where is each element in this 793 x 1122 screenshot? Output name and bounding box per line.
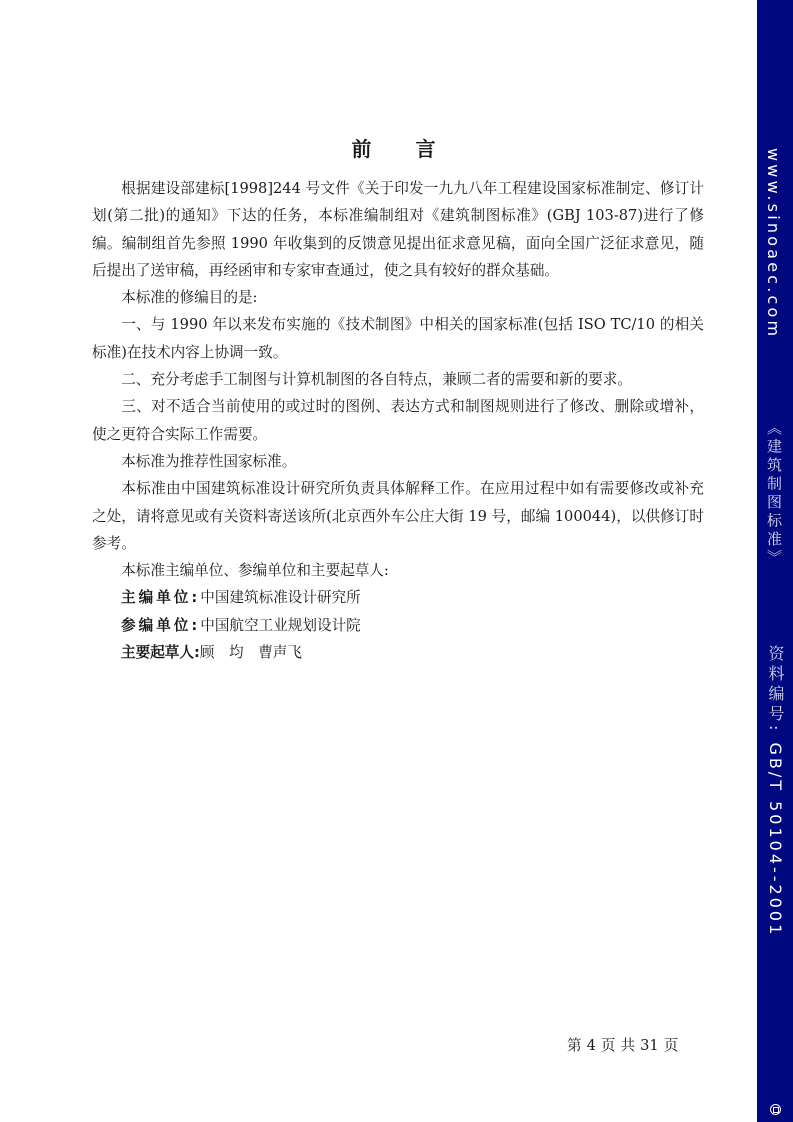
- paragraph: 三、对不适合当前使用的或过时的图例、表达方式和制图规则进行了修改、删除或增补，使…: [92, 393, 704, 448]
- page-number: 第4页共31页: [567, 1034, 683, 1055]
- unit-value: 顾 均 曹声飞: [200, 644, 302, 661]
- footer-text: 页: [664, 1037, 679, 1054]
- footer-text: 共: [621, 1037, 636, 1054]
- paragraph: 本标准主编单位、参编单位和主要起草人:: [92, 557, 704, 584]
- document-page: 前言 根据建设部建标[1998]244 号文件《关于印发一九九八年工程建设国家标…: [0, 0, 757, 1122]
- paragraph: 本标准为推荐性国家标准。: [92, 448, 704, 475]
- main-drafters: 主要起草人:顾 均 曹声飞: [92, 639, 704, 666]
- doc-number-label: 资料编号:: [766, 645, 785, 734]
- total-pages: 31: [640, 1037, 659, 1054]
- unit-label: 主编单位:: [121, 589, 200, 606]
- unit-value: 中国航空工业规划设计院: [200, 617, 361, 634]
- footer-text: 页: [601, 1037, 616, 1054]
- title-char: 前: [352, 137, 372, 161]
- paragraph: 二、充分考虑手工制图与计算机制图的各自特点，兼顾二者的需要和新的要求。: [92, 366, 704, 393]
- paragraph: 本标准的修编目的是:: [92, 284, 704, 311]
- unit-value: 中国建筑标准设计研究所: [200, 589, 361, 606]
- participating-unit: 参编单位:中国航空工业规划设计院: [92, 612, 704, 639]
- paragraph: 根据建设部建标[1998]244 号文件《关于印发一九九八年工程建设国家标准制定…: [92, 175, 704, 284]
- registered-logo-icon: [770, 1104, 781, 1115]
- side-banner: www.sinoaec.com 《建筑制图标准》 资料编号: GB/T 5010…: [757, 0, 793, 1122]
- preface-body: 根据建设部建标[1998]244 号文件《关于印发一九九八年工程建设国家标准制定…: [92, 175, 704, 666]
- chief-editor-unit: 主编单位:中国建筑标准设计研究所: [92, 584, 704, 611]
- paragraph: 一、与 1990 年以来发布实施的《技术制图》中相关的国家标准(包括 ISO T…: [92, 311, 704, 366]
- footer-text: 第: [567, 1037, 582, 1054]
- current-page: 4: [587, 1037, 596, 1054]
- doc-number-value: GB/T 50104--2001: [766, 742, 785, 937]
- page-title: 前言: [0, 133, 790, 162]
- book-title: 《建筑制图标准》: [764, 420, 785, 568]
- document-number: 资料编号: GB/T 50104--2001: [764, 645, 787, 937]
- title-char: 言: [416, 137, 436, 161]
- unit-label: 主要起草人:: [121, 644, 200, 661]
- website-url: www.sinoaec.com: [764, 148, 783, 339]
- unit-label: 参编单位:: [121, 617, 200, 634]
- paragraph: 本标准由中国建筑标准设计研究所负责具体解释工作。在应用过程中如有需要修改或补充之…: [92, 475, 704, 557]
